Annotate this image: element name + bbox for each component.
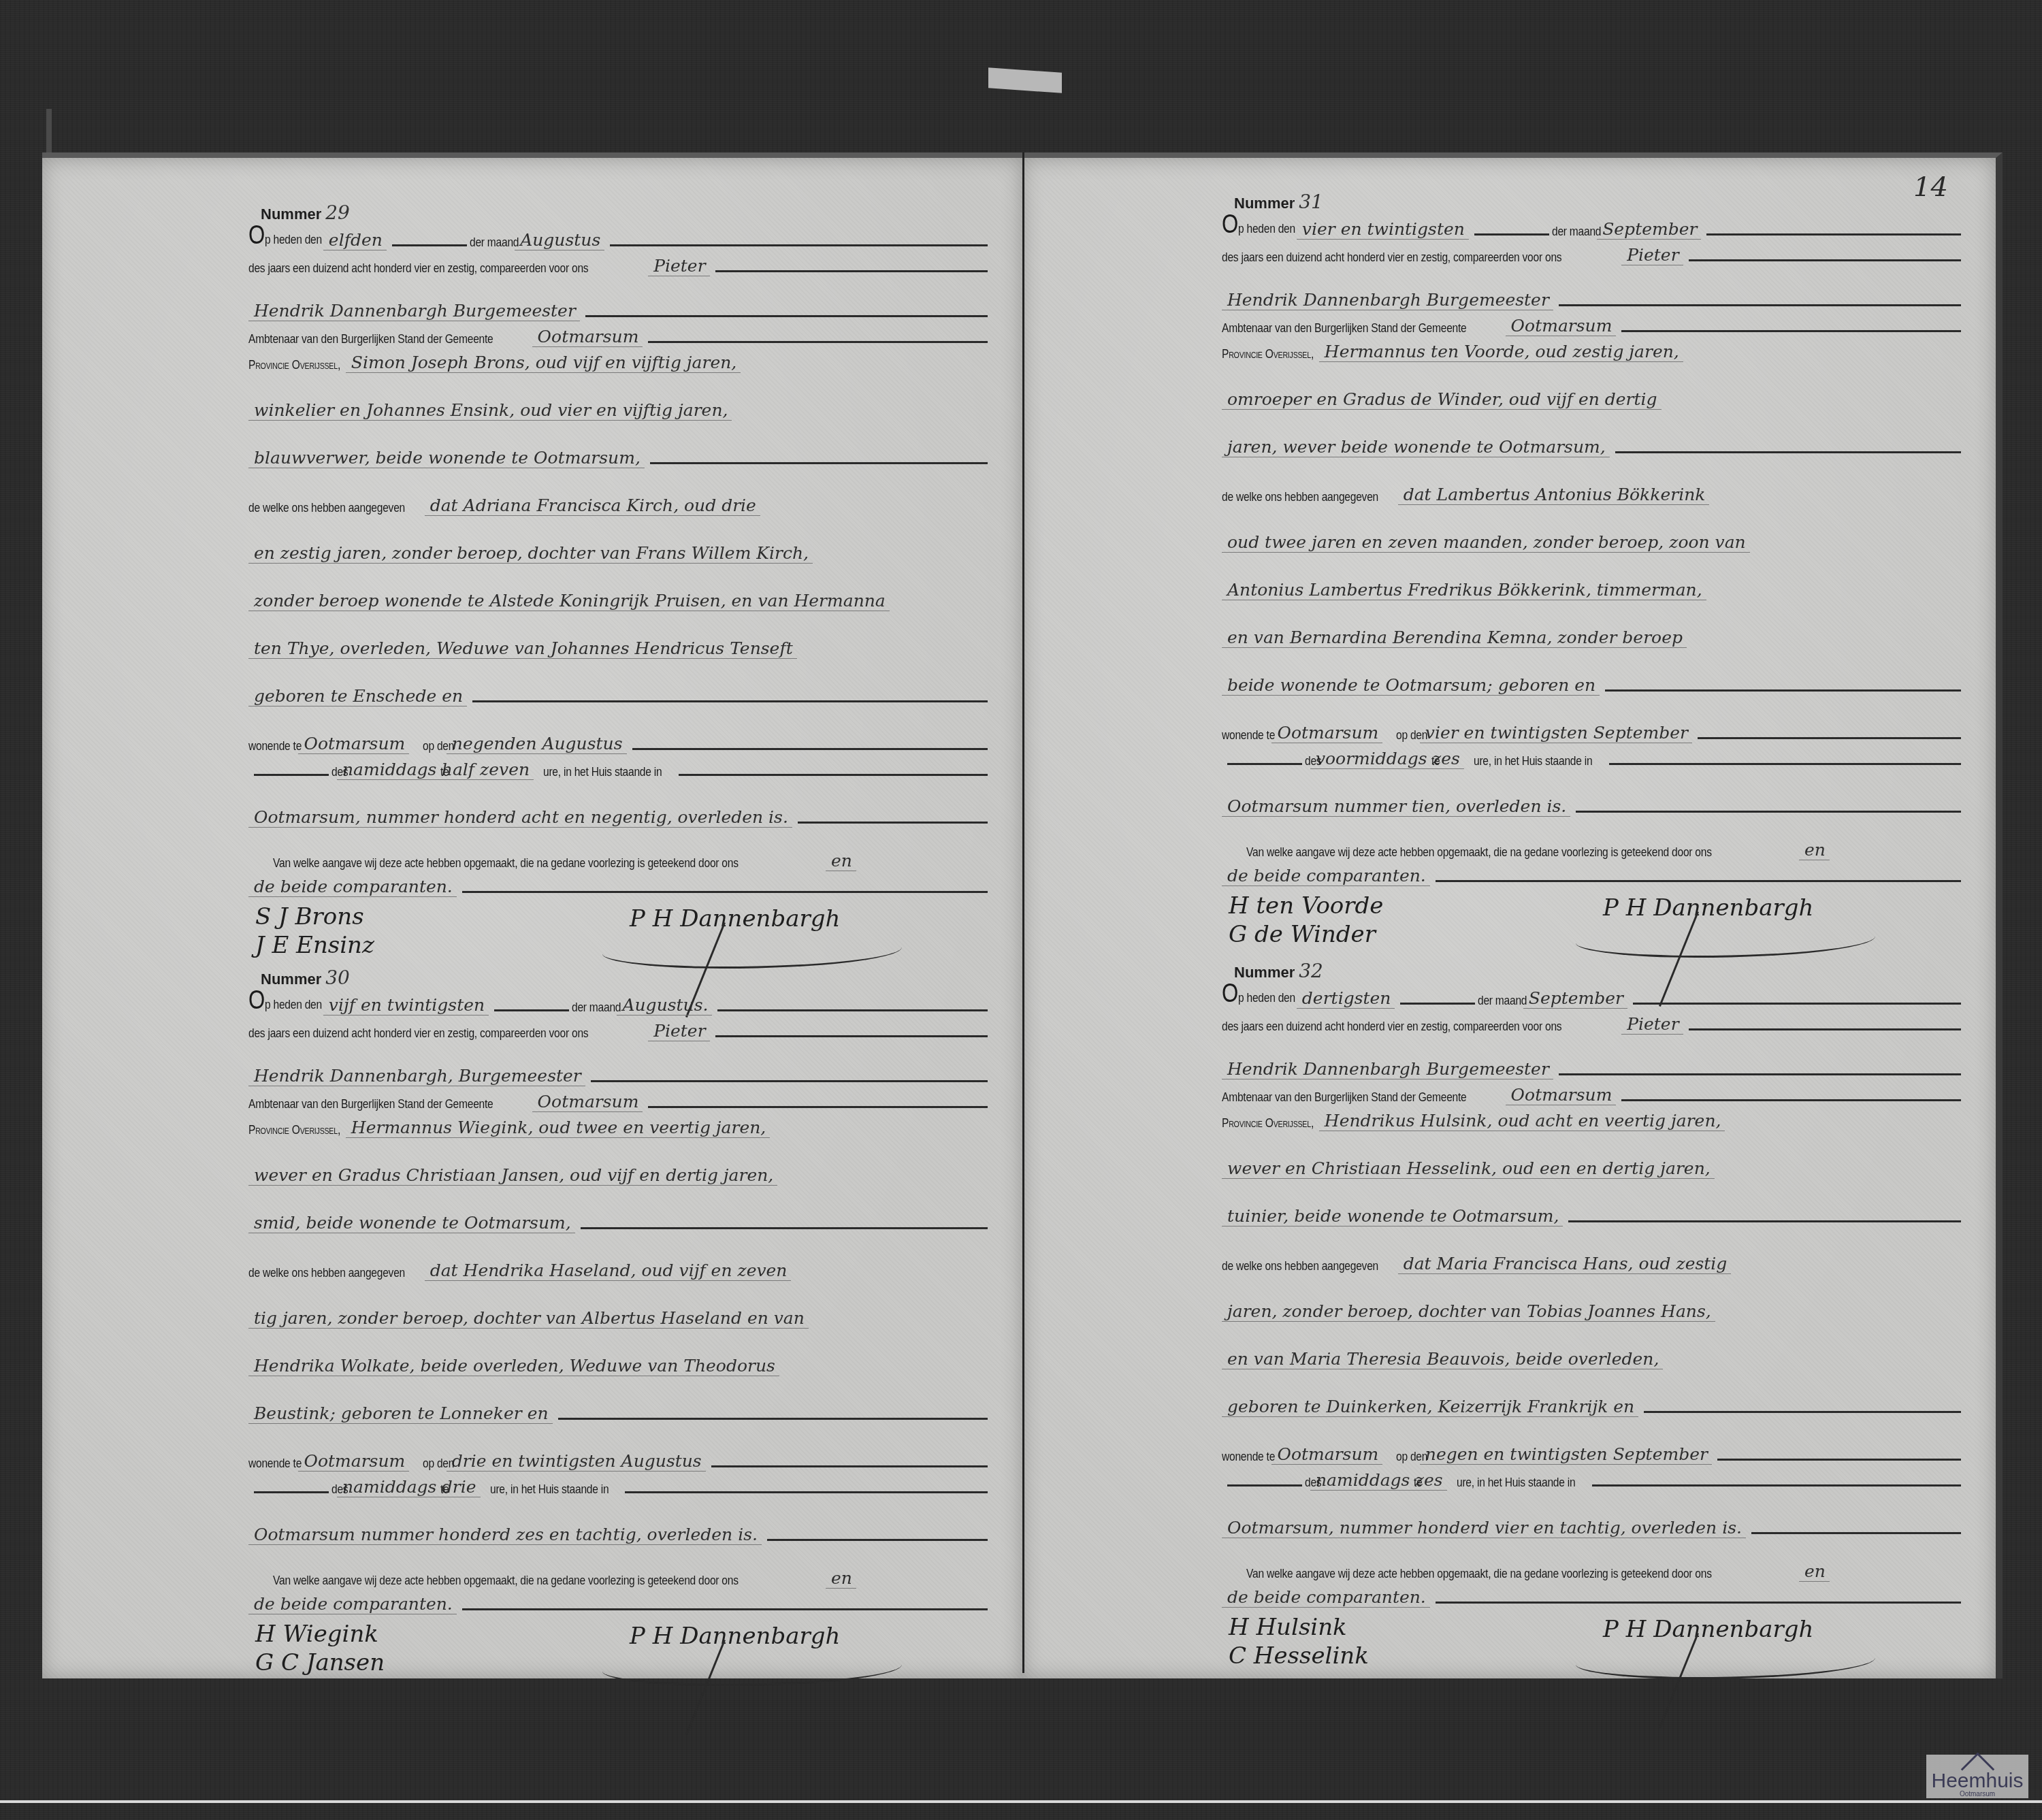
- death-record: Nummer31 Op heden den vier en twintigste…: [1222, 191, 1964, 988]
- rule: [1592, 1484, 1962, 1486]
- rule: [648, 341, 988, 343]
- time-line: des namiddags te drie ure, in het Huis s…: [248, 1472, 990, 1497]
- rule: [679, 774, 988, 776]
- rule: [581, 1227, 988, 1229]
- deceased-detail: geboren te Enschede en: [248, 686, 467, 706]
- death-record: Nummer30 Op heden den vijf en twintigste…: [248, 966, 990, 1717]
- closing-line-2: de beide comparanten.: [248, 1589, 990, 1614]
- gemeente-field: Ootmarsum: [1506, 316, 1617, 336]
- nummer-value: 32: [1299, 960, 1323, 982]
- rule: [1576, 811, 1961, 813]
- declarant-2: wever en Gradus Christiaan Jansen, oud v…: [248, 1165, 777, 1186]
- closing-line-2: de beide comparanten.: [248, 871, 990, 897]
- house-line: Ootmarsum nummer tien, overleden is.: [1222, 769, 1964, 817]
- day-field: vier en twintigsten: [1297, 219, 1469, 240]
- printed-label: Ambtenaar van den Burgerlijken Stand der…: [1222, 321, 1466, 336]
- deceased-intro-line: de welke ons hebben aangegeven dat Lambe…: [1222, 457, 1964, 505]
- rule: [1689, 259, 1961, 261]
- deceased-details: oud twee jaren en zeven maanden, zonder …: [1222, 505, 1964, 696]
- mayor-signature: P H Dannenbargh: [630, 905, 840, 932]
- rule: [1227, 763, 1302, 765]
- date-line: Op heden den vier en twintigsten der maa…: [1222, 214, 1964, 240]
- printed-label: des jaars een duizend acht honderd vier …: [248, 261, 588, 276]
- gemeente-field: Ootmarsum: [532, 1092, 643, 1112]
- rule: [462, 891, 988, 893]
- gemeente-line: Ambtenaar van den Burgerlijken Stand der…: [1222, 310, 1964, 336]
- witness-signatures: H ten VoordeG de Winder: [1229, 892, 1383, 949]
- printed-label: Provincie Overijssel,: [248, 358, 340, 373]
- deceased-detail: en zestig jaren, zonder beroep, dochter …: [248, 543, 813, 564]
- declarant-line: jaren, wever beide wonende te Ootmarsum,: [1222, 410, 1964, 457]
- year-line: des jaars een duizend acht honderd vier …: [1222, 1009, 1964, 1035]
- house-location-field: Ootmarsum, nummer honderd acht en negent…: [248, 807, 792, 828]
- residence-field: Ootmarsum: [1271, 1444, 1382, 1465]
- death-date-field: vier en twintigsten September: [1420, 723, 1692, 743]
- closing-line: Van welke aangave wij deze acte hebben o…: [248, 845, 990, 871]
- rule: [610, 244, 988, 246]
- declarant-1: Hermannus ten Voorde, oud zestig jaren,: [1319, 342, 1683, 362]
- printed-label: te: [1414, 1476, 1423, 1491]
- printed-label: des jaars een duizend acht honderd vier …: [1222, 1020, 1561, 1035]
- deceased-details: jaren, zonder beroep, dochter van Tobias…: [1222, 1274, 1964, 1417]
- gemeente-line: Ambtenaar van den Burgerlijken Stand der…: [1222, 1079, 1964, 1105]
- rule: [558, 1418, 988, 1420]
- deceased-detail: en van Bernardina Berendina Kemna, zonde…: [1222, 628, 1687, 648]
- deceased-detail: beide wonende te Ootmarsum; geboren en: [1222, 675, 1600, 696]
- deceased-detail-line: ten Thye, overleden, Weduwe van Johannes…: [248, 611, 990, 659]
- official-name-title: Hendrik Dannenbargh Burgemeester: [1222, 290, 1553, 310]
- deceased-detail: ten Thye, overleden, Weduwe van Johannes…: [248, 638, 797, 659]
- printed-label: der maand: [470, 235, 519, 250]
- closing-addition: en: [1799, 1561, 1830, 1582]
- printed-label: op den: [1396, 728, 1427, 743]
- printed-label: des jaars een duizend acht honderd vier …: [248, 1026, 588, 1041]
- printed-label: Provincie Overijssel,: [1222, 347, 1314, 362]
- printed-label: op den: [423, 1457, 454, 1472]
- rule: [1633, 1003, 1961, 1005]
- declarant-line: smid, beide wonende te Ootmarsum,: [248, 1186, 990, 1233]
- house-location-field: Ootmarsum nummer tien, overleden is.: [1222, 796, 1570, 817]
- printed-label: Provincie Overijssel,: [1222, 1116, 1314, 1131]
- time-line: des namiddags te half zeven ure, in het …: [248, 754, 990, 780]
- rule: [632, 748, 988, 750]
- printed-label: der maand: [1552, 225, 1601, 240]
- witness-signatures: S J BronsJ E Ensinz: [255, 903, 374, 960]
- printed-label: te: [440, 765, 449, 780]
- rule: [1706, 233, 1961, 235]
- printed-label: des jaars een duizend acht honderd vier …: [1222, 250, 1561, 265]
- witness-signature: C Hesselink: [1229, 1642, 1369, 1670]
- deceased-detail: geboren te Duinkerken, Keizerrijk Frankr…: [1222, 1397, 1638, 1417]
- province-line: Provincie Overijssel, Simon Joseph Brons…: [248, 347, 990, 373]
- day-field: dertigsten: [1297, 988, 1395, 1009]
- nummer-label: Nummer: [1234, 964, 1295, 981]
- official-name-title: Hendrik Dannenbargh Burgemeester: [1222, 1059, 1553, 1079]
- witness-signatures: H HulsinkC Hesselink: [1229, 1613, 1369, 1670]
- nummer-value: 31: [1299, 191, 1323, 213]
- rule: [650, 462, 988, 464]
- rule: [254, 1491, 329, 1493]
- printed-label: Ambtenaar van den Burgerlijken Stand der…: [1222, 1090, 1466, 1105]
- printed-label: der maand: [1478, 994, 1527, 1009]
- rule: [1751, 1532, 1961, 1534]
- printed-label: Op heden den: [248, 986, 322, 1015]
- witness-signature: G C Jansen: [255, 1648, 385, 1677]
- heemhuis-watermark: Heemhuis Ootmarsum: [1926, 1755, 2028, 1798]
- closing-comparanten: de beide comparanten.: [248, 877, 457, 897]
- printed-label: te: [440, 1482, 449, 1497]
- nummer-value: 30: [325, 966, 350, 989]
- deceased-detail-line: Hendrika Wolkate, beide overleden, Weduw…: [248, 1329, 990, 1376]
- deceased-detail-line: geboren te Duinkerken, Keizerrijk Frankr…: [1222, 1369, 1964, 1417]
- official-name-title: Hendrik Dannenbargh Burgemeester: [248, 301, 580, 321]
- rule: [1621, 1099, 1961, 1101]
- deceased-name: dat Maria Francisca Hans, oud zestig: [1398, 1254, 1732, 1274]
- printed-label: der maand: [572, 1001, 621, 1015]
- death-date-field: drie en twintigsten Augustus: [447, 1451, 706, 1472]
- rule: [1698, 737, 1961, 739]
- deceased-detail: en van Maria Theresia Beauvois, beide ov…: [1222, 1349, 1663, 1369]
- rule: [711, 1465, 988, 1467]
- rule: [1615, 451, 1961, 453]
- printed-label: te: [1431, 754, 1440, 769]
- rule: [1568, 1220, 1961, 1222]
- month-field: September: [1523, 988, 1627, 1009]
- official-first-name: Pieter: [1621, 245, 1683, 265]
- residence-line: wonende te Ootmarsum op den vier en twin…: [1222, 696, 1964, 743]
- declarant-residence: blauwverwer, beide wonende te Ootmarsum,: [248, 448, 645, 468]
- official-line: Hendrik Dannenbargh Burgemeester: [1222, 265, 1964, 310]
- deceased-intro-line: de welke ons hebben aangegeven dat Adria…: [248, 468, 990, 516]
- province-line: Provincie Overijssel, Hendrikus Hulsink,…: [1222, 1105, 1964, 1131]
- declarant-2: wever en Christiaan Hesselink, oud een e…: [1222, 1158, 1715, 1179]
- printed-label: Op heden den: [1222, 979, 1295, 1009]
- declarant-line: wever en Christiaan Hesselink, oud een e…: [1222, 1131, 1964, 1179]
- witness-signature: H Hulsink: [1229, 1613, 1369, 1642]
- printed-label: des: [1305, 754, 1321, 769]
- closing-comparanten: de beide comparanten.: [248, 1594, 457, 1614]
- deceased-detail: Beustink; geboren te Lonneker en: [248, 1403, 553, 1424]
- deceased-detail-line: beide wonende te Ootmarsum; geboren en: [1222, 648, 1964, 696]
- deceased-detail-line: geboren te Enschede en: [248, 659, 990, 706]
- residence-line: wonende te Ootmarsum op den negenden Aug…: [248, 706, 990, 754]
- rule: [494, 1009, 569, 1011]
- printed-label: de welke ons hebben aangegeven: [1222, 490, 1378, 505]
- printed-label: ure, in het Huis staande in: [1457, 1476, 1575, 1491]
- printed-label: de welke ons hebben aangegeven: [248, 501, 405, 516]
- gemeente-line: Ambtenaar van den Burgerlijken Stand der…: [248, 1086, 990, 1112]
- official-first-name: Pieter: [648, 256, 709, 276]
- month-field: Augustus: [515, 230, 604, 250]
- witness-signature: S J Brons: [255, 903, 374, 931]
- declarant-line: blauwverwer, beide wonende te Ootmarsum,: [248, 421, 990, 468]
- rule: [1436, 880, 1961, 882]
- signature-block: H HulsinkC Hesselink P H Dannenbargh: [1222, 1608, 1964, 1710]
- witness-signature: G de Winder: [1229, 920, 1383, 949]
- deceased-details: en zestig jaren, zonder beroep, dochter …: [248, 516, 990, 706]
- printed-label: op den: [1396, 1450, 1427, 1465]
- month-field: Augustus.: [617, 995, 712, 1015]
- declarant-line: omroeper en Gradus de Winder, oud vijf e…: [1222, 362, 1964, 410]
- declarant-1: Simon Joseph Brons, oud vijf en vijftig …: [346, 353, 741, 373]
- deceased-name: dat Lambertus Antonius Bökkerink: [1398, 485, 1710, 505]
- record-number: Nummer30: [261, 966, 990, 990]
- deceased-intro-line: de welke ons hebben aangegeven dat Maria…: [1222, 1226, 1964, 1274]
- rule: [1621, 330, 1961, 332]
- day-field: vijf en twintigsten: [323, 995, 489, 1015]
- rule: [472, 700, 988, 702]
- deceased-detail: zonder beroep wonende te Alstede Koningr…: [248, 591, 890, 611]
- official-line: Hendrik Dannenbargh Burgemeester: [1222, 1035, 1964, 1079]
- rule: [798, 822, 988, 824]
- deceased-detail: jaren, zonder beroep, dochter van Tobias…: [1222, 1301, 1715, 1322]
- rule: [1609, 763, 1961, 765]
- deceased-name: dat Adriana Francisca Kirch, oud drie: [425, 495, 760, 516]
- closing-line: Van welke aangave wij deze acte hebben o…: [248, 1563, 990, 1589]
- death-date-field: negenden Augustus: [447, 734, 627, 754]
- official-first-name: Pieter: [1621, 1014, 1683, 1035]
- rule: [462, 1608, 988, 1610]
- deceased-detail-line: tig jaren, zonder beroep, dochter van Al…: [248, 1281, 990, 1329]
- printed-label: op den: [423, 739, 454, 754]
- declarant-residence: jaren, wever beide wonende te Ootmarsum,: [1222, 437, 1610, 457]
- declarant-residence: tuinier, beide wonende te Ootmarsum,: [1222, 1206, 1563, 1226]
- dagdeel-field: voormiddags: [1310, 749, 1431, 769]
- date-line: Op heden den elfden der maand Augustus: [248, 225, 990, 250]
- death-record: Nummer32 Op heden den dertigsten der maa…: [1222, 960, 1964, 1710]
- rule: [767, 1539, 988, 1541]
- rule: [1605, 689, 1961, 692]
- rule: [1400, 1003, 1475, 1005]
- deceased-detail: tig jaren, zonder beroep, dochter van Al…: [248, 1308, 809, 1329]
- rule: [648, 1106, 988, 1108]
- printed-closing: Van welke aangave wij deze acte hebben o…: [273, 856, 739, 871]
- record-number: Nummer31: [1234, 191, 1964, 214]
- rule: [715, 1035, 988, 1037]
- deceased-detail: oud twee jaren en zeven maanden, zonder …: [1222, 532, 1750, 553]
- deceased-detail-line: en zestig jaren, zonder beroep, dochter …: [248, 516, 990, 564]
- closing-comparanten: de beide comparanten.: [1222, 1587, 1430, 1608]
- closing-addition: en: [826, 851, 856, 871]
- residence-line: wonende te Ootmarsum op den negen en twi…: [1222, 1417, 1964, 1465]
- witness-signature: H Wiegink: [255, 1620, 385, 1648]
- closing-addition: en: [826, 1568, 856, 1589]
- official-line: Hendrik Dannenbargh, Burgemeester: [248, 1041, 990, 1086]
- residence-field: Ootmarsum: [298, 1451, 409, 1472]
- declarant-1: Hermannus Wiegink, oud twee en veertig j…: [346, 1118, 770, 1138]
- declarant-line: winkelier en Johannes Ensink, oud vier e…: [248, 373, 990, 421]
- printed-label: Op heden den: [1222, 210, 1295, 240]
- official-first-name: Pieter: [648, 1021, 709, 1041]
- date-line: Op heden den vijf en twintigsten der maa…: [248, 990, 990, 1015]
- dagdeel-field: namiddags: [1310, 1470, 1414, 1491]
- rule: [1436, 1602, 1961, 1604]
- declarant-1: Hendrikus Hulsink, oud acht en veertig j…: [1319, 1111, 1725, 1131]
- month-field: September: [1597, 219, 1701, 240]
- house-location-field: Ootmarsum nummer honderd zes en tachtig,…: [248, 1525, 762, 1545]
- residence-field: Ootmarsum: [298, 734, 409, 754]
- rule: [1559, 304, 1961, 306]
- year-line: des jaars een duizend acht honderd vier …: [248, 250, 990, 276]
- nummer-value: 29: [325, 201, 350, 224]
- printed-label: wonende te: [1222, 728, 1275, 743]
- deceased-detail: Hendrika Wolkate, beide overleden, Weduw…: [248, 1356, 779, 1376]
- closing-line-2: de beide comparanten.: [1222, 1582, 1964, 1608]
- official-name-title: Hendrik Dannenbargh, Burgemeester: [248, 1066, 585, 1086]
- printed-label: wonende te: [248, 1457, 302, 1472]
- declarant-2: winkelier en Johannes Ensink, oud vier e…: [248, 400, 732, 421]
- signature-block: H WieginkG C Jansen P H Dannenbargh: [248, 1614, 990, 1717]
- dagdeel-field: namiddags: [337, 1477, 440, 1497]
- rule: [585, 315, 988, 317]
- province-line: Provincie Overijssel, Hermannus Wiegink,…: [248, 1112, 990, 1138]
- printed-label: des: [1305, 1476, 1321, 1491]
- deceased-detail-line: en van Maria Theresia Beauvois, beide ov…: [1222, 1322, 1964, 1369]
- dagdeel-field: namiddags: [337, 760, 440, 780]
- closing-line-2: de beide comparanten.: [1222, 860, 1964, 886]
- house-location-field: Ootmarsum, nummer honderd vier en tachti…: [1222, 1518, 1746, 1538]
- deceased-detail-line: Beustink; geboren te Lonneker en: [248, 1376, 990, 1424]
- printed-closing: Van welke aangave wij deze acte hebben o…: [1246, 845, 1712, 860]
- printed-label: des: [331, 1482, 348, 1497]
- day-field: elfden: [323, 230, 387, 250]
- nummer-label: Nummer: [261, 206, 321, 223]
- mayor-signature: P H Dannenbargh: [1603, 1616, 1813, 1643]
- printed-label: wonende te: [248, 739, 302, 754]
- mayor-signature: P H Dannenbargh: [630, 1623, 840, 1650]
- printed-label: Op heden den: [248, 221, 322, 250]
- record-number: Nummer29: [261, 201, 990, 225]
- deceased-intro-line: de welke ons hebben aangegeven dat Hendr…: [248, 1233, 990, 1281]
- house-line: Ootmarsum, nummer honderd acht en negent…: [248, 780, 990, 828]
- film-marker-tab: [988, 67, 1062, 93]
- printed-label: ure, in het Huis staande in: [1474, 754, 1592, 769]
- printed-label: ure, in het Huis staande in: [543, 765, 662, 780]
- gemeente-field: Ootmarsum: [1506, 1085, 1617, 1105]
- page-gutter: [1022, 152, 1024, 1673]
- deceased-detail-line: zonder beroep wonende te Alstede Koningr…: [248, 564, 990, 611]
- rule: [717, 1009, 988, 1011]
- hour-field: half zeven: [436, 760, 534, 780]
- year-line: des jaars een duizend acht honderd vier …: [1222, 240, 1964, 265]
- official-line: Hendrik Dannenbargh Burgemeester: [248, 276, 990, 321]
- witness-signature: J E Ensinz: [255, 931, 374, 960]
- rule: [1227, 1484, 1302, 1486]
- printed-label: ure, in het Huis staande in: [490, 1482, 609, 1497]
- witness-signature: H ten Voorde: [1229, 892, 1383, 920]
- province-line: Provincie Overijssel, Hermannus ten Voor…: [1222, 336, 1964, 362]
- film-border: [0, 1800, 2042, 1803]
- closing-comparanten: de beide comparanten.: [1222, 866, 1430, 886]
- deceased-details: tig jaren, zonder beroep, dochter van Al…: [248, 1281, 990, 1424]
- printed-label: des: [331, 765, 348, 780]
- nummer-label: Nummer: [261, 971, 321, 988]
- rule: [1717, 1459, 1961, 1461]
- mayor-signature: P H Dannenbargh: [1603, 894, 1813, 922]
- gemeente-field: Ootmarsum: [532, 327, 643, 347]
- printed-label: wonende te: [1222, 1450, 1275, 1465]
- year-line: des jaars een duizend acht honderd vier …: [248, 1015, 990, 1041]
- printed-label: de welke ons hebben aangegeven: [1222, 1259, 1378, 1274]
- rule: [715, 270, 988, 272]
- declarant-line: wever en Gradus Christiaan Jansen, oud v…: [248, 1138, 990, 1186]
- rule: [1644, 1411, 1961, 1413]
- time-line: des voormiddags te zes ure, in het Huis …: [1222, 743, 1964, 769]
- date-line: Op heden den dertigsten der maand Septem…: [1222, 983, 1964, 1009]
- time-line: des namiddags te zes ure, in het Huis st…: [1222, 1465, 1964, 1491]
- rule: [1689, 1028, 1961, 1030]
- rule: [1559, 1073, 1961, 1075]
- death-date-field: negen en twintigsten September: [1420, 1444, 1712, 1465]
- printed-label: Ambtenaar van den Burgerlijken Stand der…: [248, 332, 493, 347]
- deceased-detail-line: oud twee jaren en zeven maanden, zonder …: [1222, 505, 1964, 553]
- residence-line: wonende te Ootmarsum op den drie en twin…: [248, 1424, 990, 1472]
- record-number: Nummer32: [1234, 960, 1964, 983]
- watermark-title: Heemhuis: [1926, 1771, 2028, 1791]
- rule: [392, 244, 467, 246]
- closing-line: Van welke aangave wij deze acte hebben o…: [1222, 1556, 1964, 1582]
- gemeente-line: Ambtenaar van den Burgerlijken Stand der…: [248, 321, 990, 347]
- deceased-detail-line: jaren, zonder beroep, dochter van Tobias…: [1222, 1274, 1964, 1322]
- rule: [1474, 233, 1549, 235]
- declarant-residence: smid, beide wonende te Ootmarsum,: [248, 1213, 575, 1233]
- declarant-2: omroeper en Gradus de Winder, oud vijf e…: [1222, 389, 1662, 410]
- house-line: Ootmarsum, nummer honderd vier en tachti…: [1222, 1491, 1964, 1538]
- rule: [254, 774, 329, 776]
- rule: [625, 1491, 988, 1493]
- deceased-detail-line: Antonius Lambertus Fredrikus Bökkerink, …: [1222, 553, 1964, 600]
- printed-closing: Van welke aangave wij deze acte hebben o…: [273, 1574, 739, 1589]
- death-record: Nummer29 Op heden den elfden der maand A…: [248, 201, 990, 999]
- closing-addition: en: [1799, 840, 1830, 860]
- printed-label: Ambtenaar van den Burgerlijken Stand der…: [248, 1097, 493, 1112]
- closing-line: Van welke aangave wij deze acte hebben o…: [1222, 834, 1964, 860]
- printed-label: Provincie Overijssel,: [248, 1123, 340, 1138]
- printed-label: de welke ons hebben aangegeven: [248, 1266, 405, 1281]
- house-line: Ootmarsum nummer honderd zes en tachtig,…: [248, 1497, 990, 1545]
- deceased-detail-line: en van Bernardina Berendina Kemna, zonde…: [1222, 600, 1964, 648]
- declarant-line: tuinier, beide wonende te Ootmarsum,: [1222, 1179, 1964, 1226]
- rule: [591, 1080, 988, 1082]
- deceased-detail: Antonius Lambertus Fredrikus Bökkerink, …: [1222, 580, 1706, 600]
- watermark-subtitle: Ootmarsum: [1926, 1791, 2028, 1798]
- nummer-label: Nummer: [1234, 195, 1295, 212]
- printed-closing: Van welke aangave wij deze acte hebben o…: [1246, 1567, 1712, 1582]
- deceased-name: dat Hendrika Haseland, oud vijf en zeven: [425, 1261, 792, 1281]
- witness-signatures: H WieginkG C Jansen: [255, 1620, 385, 1677]
- residence-field: Ootmarsum: [1271, 723, 1382, 743]
